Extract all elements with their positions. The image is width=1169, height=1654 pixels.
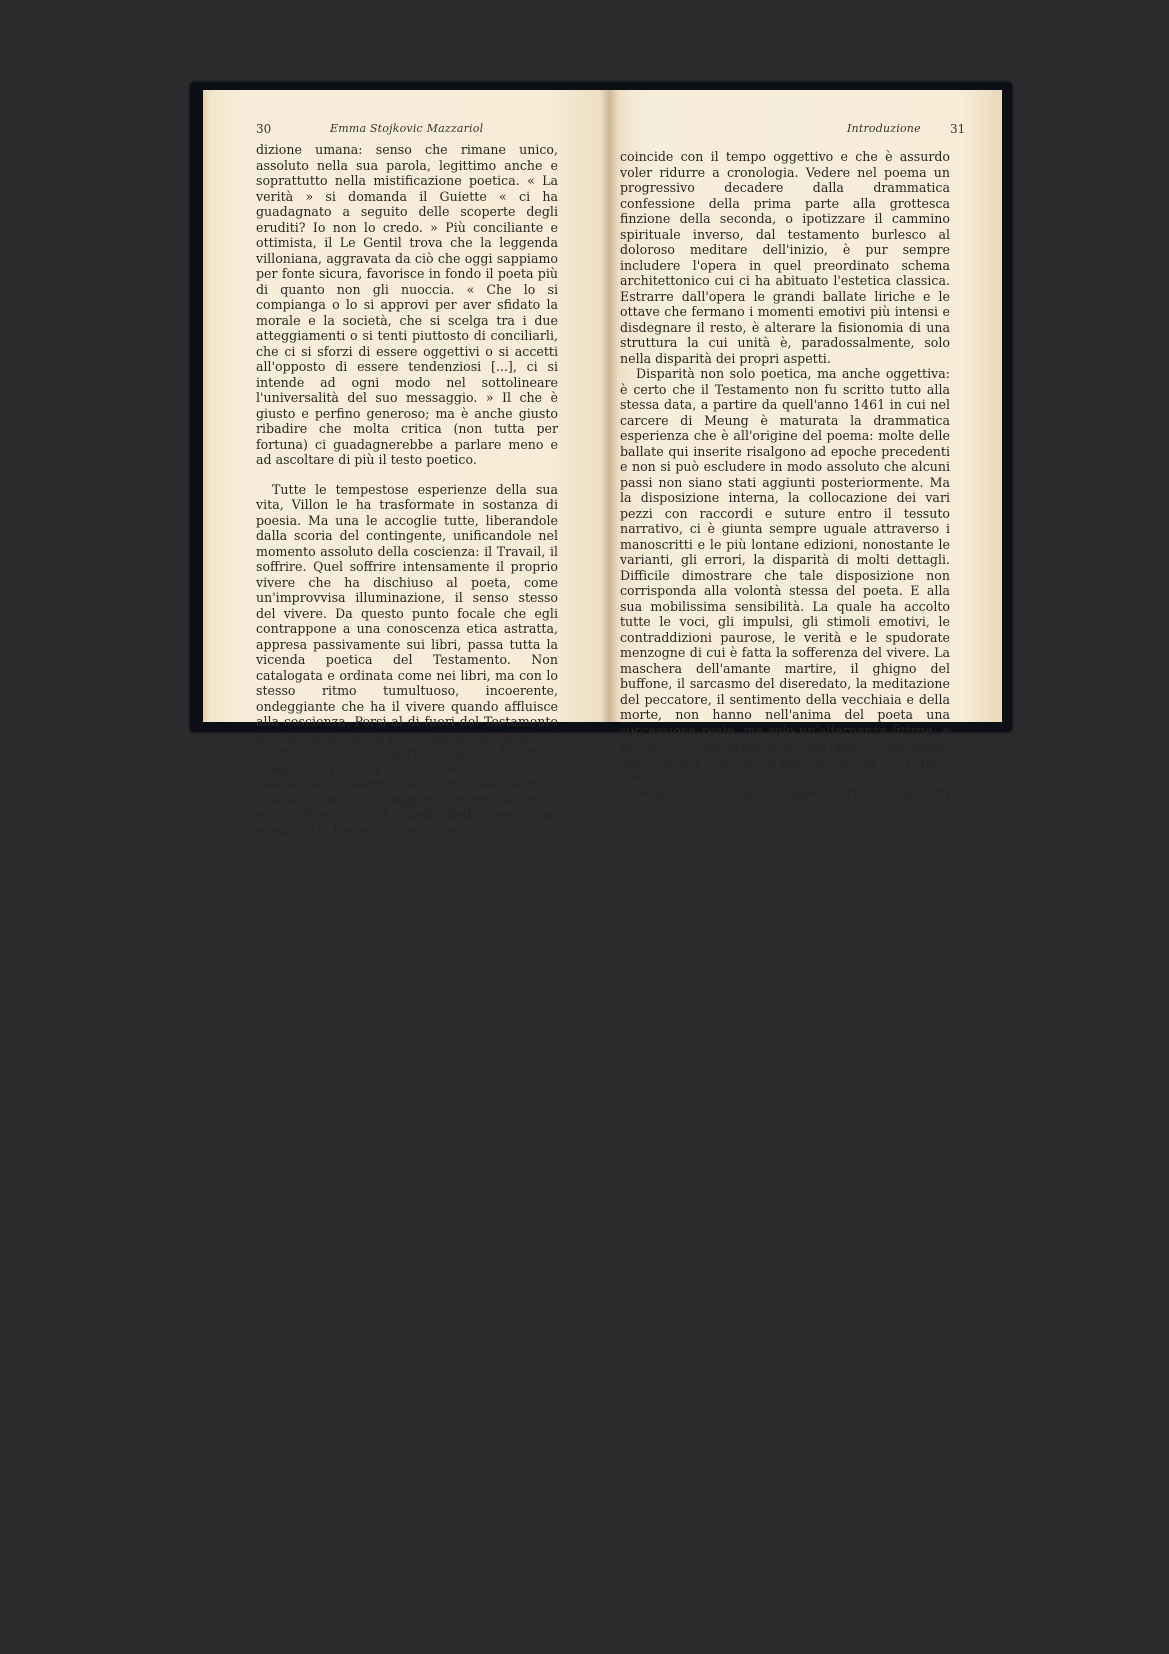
paragraph: coincide con il tempo oggettivo e che è … [620, 149, 950, 366]
paragraph: dizione umana: senso che rimane unico, a… [256, 142, 558, 468]
paragraph: Tutte le tempestose esperienze della sua… [256, 482, 558, 839]
page-number-right: 31 [950, 122, 965, 136]
running-head-section: Introduzione [847, 122, 921, 135]
right-page-body: coincide con il tempo oggettivo e che è … [620, 149, 950, 816]
left-page-body: dizione umana: senso che rimane unico, a… [256, 142, 558, 838]
page-number-left: 30 [256, 122, 271, 136]
paragraph: Disparità non solo poetica, ma anche ogg… [620, 366, 950, 785]
running-head-author: Emma Stojkovic Mazzariol [330, 122, 483, 135]
paragraph: Scegliere uno di questi aspetti e rifiut… [620, 785, 950, 816]
